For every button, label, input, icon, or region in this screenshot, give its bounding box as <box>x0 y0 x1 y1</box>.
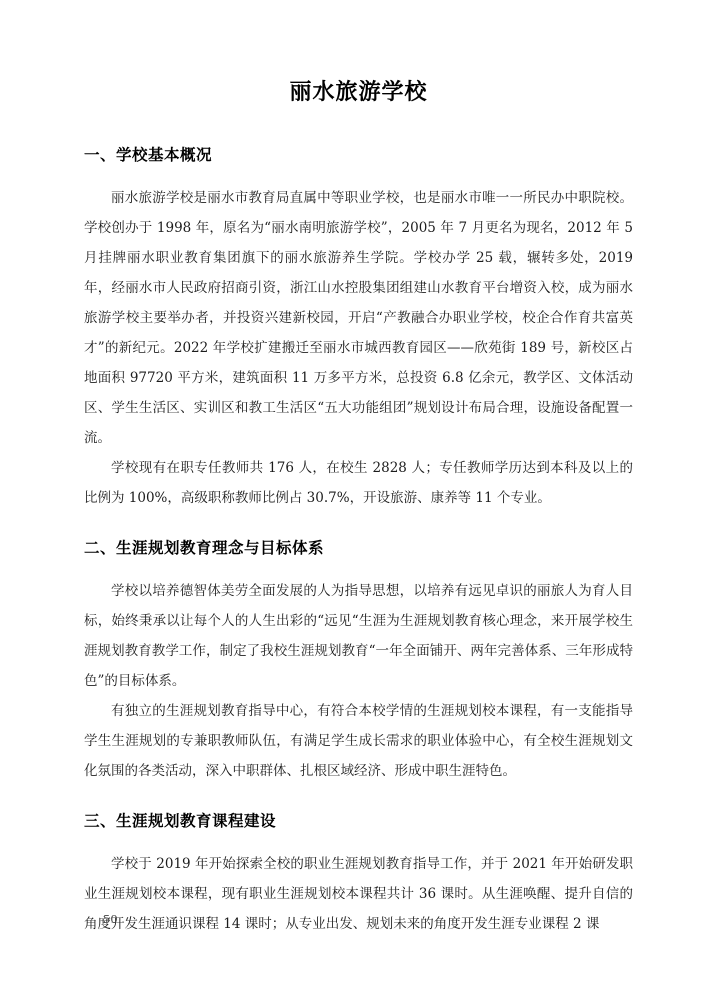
section-career-curriculum: 三、生涯规划教育课程建设 学校于 2019 年开始探索全校的职业生涯规划教育指导… <box>84 810 633 939</box>
section-career-education-philosophy: 二、生涯规划教育理念与目标体系 学校以培养德智体美劳全面发展的人为指导思想，以培… <box>84 537 633 786</box>
section-school-overview: 一、学校基本概况 丽水旅游学校是丽水市教育局直属中等职业学校，也是丽水市唯一一所… <box>84 144 633 513</box>
paragraph-school-staff-stats: 学校现有在职专任教师共 176 人，在校生 2828 人；专任教师学历达到本科及… <box>84 453 633 513</box>
section-heading-career-curriculum: 三、生涯规划教育课程建设 <box>84 810 633 832</box>
section-heading-school-overview: 一、学校基本概况 <box>84 144 633 166</box>
section-heading-career-education-philosophy: 二、生涯规划教育理念与目标体系 <box>84 537 633 559</box>
page-number: 50 <box>103 912 118 926</box>
paragraph-curriculum-development: 学校于 2019 年开始探索全校的职业生涯规划教育指导工作，并于 2021 年开… <box>84 849 633 939</box>
paragraph-education-philosophy: 学校以培养德智体美劳全面发展的人为指导思想，以培养有远见卓识的丽旅人为育人目标，… <box>84 576 633 696</box>
paragraph-career-guidance-resources: 有独立的生涯规划教育指导中心，有符合本校学情的生涯规划校本课程，有一支能指导学生… <box>84 696 633 786</box>
paragraph-school-history: 丽水旅游学校是丽水市教育局直属中等职业学校，也是丽水市唯一一所民办中职院校。学校… <box>84 183 633 453</box>
document-title: 丽水旅游学校 <box>84 76 633 110</box>
document-page: 丽水旅游学校 一、学校基本概况 丽水旅游学校是丽水市教育局直属中等职业学校，也是… <box>0 0 703 995</box>
